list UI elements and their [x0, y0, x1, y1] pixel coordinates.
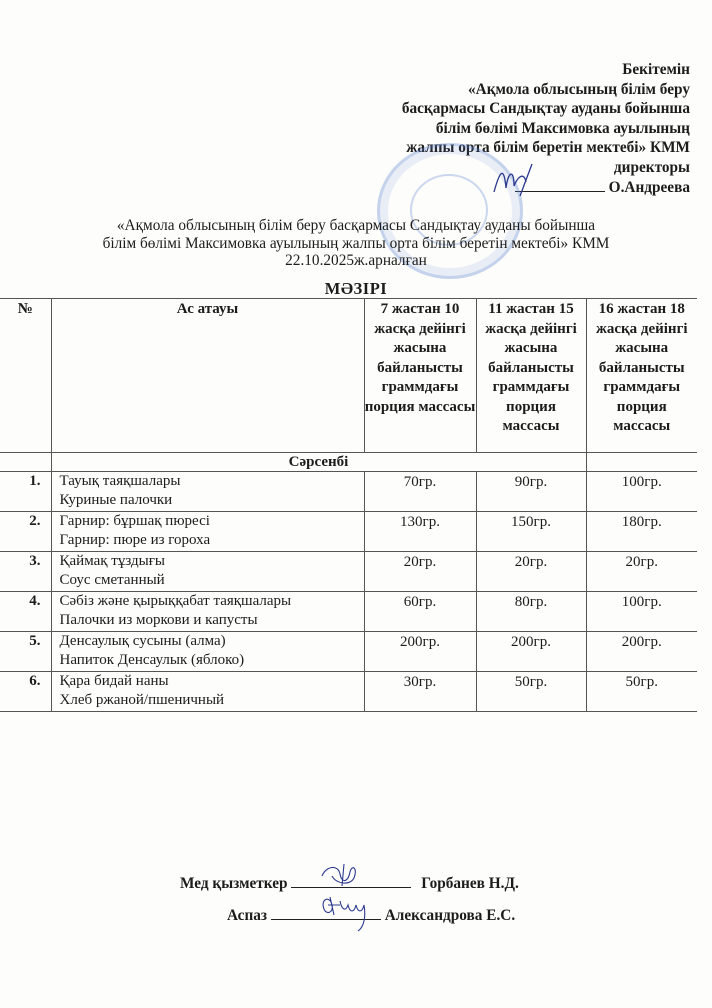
table-row: 5.Денсаулық сусыны (алма)Напиток Денсаул… — [0, 632, 697, 672]
portion-weight: 30гр. — [364, 672, 476, 712]
portion-weight: 90гр. — [476, 472, 586, 512]
header-age-11-15: 11 жастан 15 жасқа дейінгі жасына байлан… — [476, 299, 586, 453]
approval-line: Бекітемін — [402, 60, 690, 80]
row-num: 2. — [0, 512, 51, 552]
medic-signature-icon — [318, 862, 362, 888]
row-num: 5. — [0, 632, 51, 672]
medic-label: Мед қызметкер — [180, 875, 288, 892]
cook-name: Александрова Е.С. — [385, 907, 515, 924]
portion-weight: 180гр. — [586, 512, 697, 552]
dish-name: Денсаулық сусыны (алма)Напиток Денсаулык… — [51, 632, 364, 672]
portion-weight: 150гр. — [476, 512, 586, 552]
table-row: 2.Гарнир: бұршақ пюресіГарнир: пюре из г… — [0, 512, 697, 552]
row-num: 3. — [0, 552, 51, 592]
page-title: МӘЗІРІ — [0, 279, 712, 299]
cook-label: Аспаз — [227, 907, 267, 924]
portion-weight: 50гр. — [586, 672, 697, 712]
row-num: 4. — [0, 592, 51, 632]
dish-name-ru: Хлеб ржаной/пшеничный — [60, 691, 364, 710]
portion-weight: 20гр. — [364, 552, 476, 592]
portion-weight: 60гр. — [364, 592, 476, 632]
dish-name-ru: Палочки из моркови и капусты — [60, 611, 364, 630]
dish-name-kz: Денсаулық сусыны (алма) — [60, 632, 364, 651]
director-signature-icon — [490, 160, 535, 200]
dish-name-ru: Гарнир: пюре из гороха — [60, 531, 364, 550]
header-age-16-18: 16 жастан 18 жасқа дейінгі жасына байлан… — [586, 299, 697, 453]
dish-name: Тауық таяқшаларыКуриные палочки — [51, 472, 364, 512]
day-name: Сәрсенбі — [51, 453, 586, 472]
menu-table: № Ас атауы 7 жастан 10 жасқа дейінгі жас… — [0, 298, 697, 712]
medic-name: Горбанев Н.Д. — [421, 875, 519, 892]
dish-name-kz: Тауық таяқшалары — [60, 472, 364, 491]
portion-weight: 200гр. — [364, 632, 476, 672]
approval-line: білім бөлімі Максимовка ауылының — [402, 119, 690, 139]
portion-weight: 70гр. — [364, 472, 476, 512]
table-row: 1.Тауық таяқшаларыКуриные палочки70гр.90… — [0, 472, 697, 512]
dish-name-kz: Сәбіз және қырыққабат таяқшалары — [60, 592, 364, 611]
header-dish-name: Ас атауы — [51, 299, 364, 453]
approval-line: басқармасы Сандықтау ауданы бойынша — [402, 99, 690, 119]
portion-weight: 130гр. — [364, 512, 476, 552]
cook-signature-icon — [318, 893, 378, 935]
table-row: 3.Қаймақ тұздығыСоус сметанный20гр.20гр.… — [0, 552, 697, 592]
dish-name: Қара бидай наныХлеб ржаной/пшеничный — [51, 672, 364, 712]
approval-line: «Ақмола облысының білім беру — [402, 80, 690, 100]
dish-name: Гарнир: бұршақ пюресіГарнир: пюре из гор… — [51, 512, 364, 552]
table-row: 4.Сәбіз және қырыққабат таяқшаларыПалочк… — [0, 592, 697, 632]
row-num: 6. — [0, 672, 51, 712]
portion-weight: 20гр. — [476, 552, 586, 592]
header-age-7-10: 7 жастан 10 жасқа дейінгі жасына байланы… — [364, 299, 476, 453]
portion-weight: 100гр. — [586, 472, 697, 512]
date-line: 22.10.2025ж.арналған — [0, 252, 712, 270]
dish-name: Сәбіз және қырыққабат таяқшаларыПалочки … — [51, 592, 364, 632]
day-empty-cell — [586, 453, 697, 472]
dish-name-kz: Гарнир: бұршақ пюресі — [60, 512, 364, 531]
dish-name-ru: Куриные палочки — [60, 491, 364, 510]
header-num: № — [0, 299, 51, 453]
day-num-cell — [0, 453, 51, 472]
portion-weight: 80гр. — [476, 592, 586, 632]
dish-name-kz: Қаймақ тұздығы — [60, 552, 364, 571]
dish-name-kz: Қара бидай наны — [60, 672, 364, 691]
row-num: 1. — [0, 472, 51, 512]
director-name: О.Андреева — [609, 179, 690, 196]
dish-name: Қаймақ тұздығыСоус сметанный — [51, 552, 364, 592]
day-row: Сәрсенбі — [0, 453, 697, 472]
dish-name-ru: Напиток Денсаулык (яблоко) — [60, 651, 364, 670]
portion-weight: 20гр. — [586, 552, 697, 592]
organization-line: білім бөлімі Максимовка ауылының жалпы о… — [0, 235, 712, 253]
portion-weight: 50гр. — [476, 672, 586, 712]
table-row: 6.Қара бидай наныХлеб ржаной/пшеничный30… — [0, 672, 697, 712]
organization-header: «Ақмола облысының білім беру басқармасы … — [0, 217, 712, 270]
portion-weight: 200гр. — [586, 632, 697, 672]
organization-line: «Ақмола облысының білім беру басқармасы … — [0, 217, 712, 235]
dish-name-ru: Соус сметанный — [60, 571, 364, 590]
portion-weight: 100гр. — [586, 592, 697, 632]
table-header-row: № Ас атауы 7 жастан 10 жасқа дейінгі жас… — [0, 299, 697, 453]
portion-weight: 200гр. — [476, 632, 586, 672]
